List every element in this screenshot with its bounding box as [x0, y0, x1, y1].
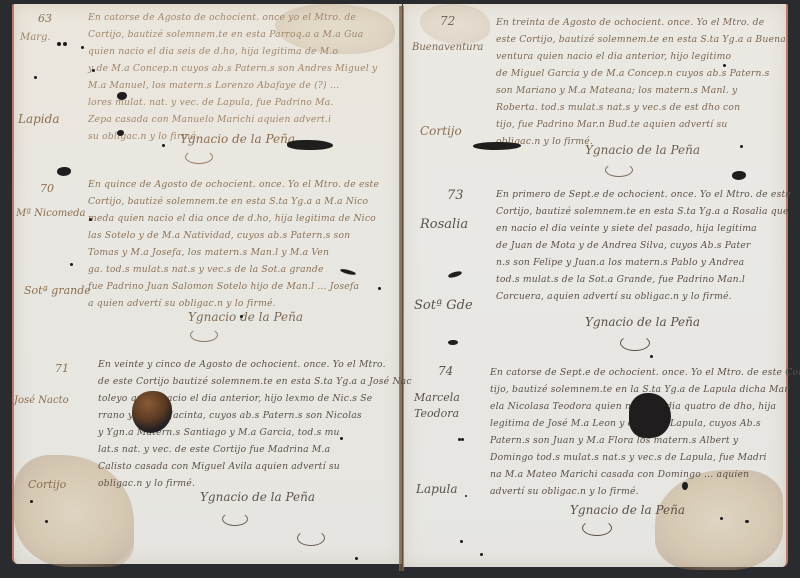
speck: [650, 355, 653, 358]
margin-caste: Cortijo: [420, 124, 462, 138]
speck: [240, 315, 243, 318]
speck: [162, 144, 165, 147]
margin-caste: Lapida: [18, 112, 59, 126]
signature: Ygnacio de la Peña: [188, 310, 303, 324]
speck: [57, 42, 61, 46]
margin-caste: Cortijo: [28, 478, 66, 491]
speck: [63, 42, 67, 46]
entry-number: 70: [40, 182, 54, 195]
margin-name: José Nacto: [14, 395, 69, 406]
margin-name: Rosalia: [420, 217, 468, 232]
speck: [720, 517, 723, 520]
margin-name: Buenaventura: [412, 42, 483, 53]
margin-name: Mª Nicomeda: [16, 208, 86, 219]
speck: [30, 500, 33, 503]
entry-number: 72: [440, 14, 455, 28]
ink-blot: [287, 140, 333, 150]
speck: [740, 145, 743, 148]
speck: [480, 553, 483, 556]
speck: [465, 495, 467, 497]
entry-number: 74: [438, 364, 453, 378]
signature: Ygnacio de la Peña: [180, 132, 295, 146]
margin-name: Marcela Teodora: [414, 390, 484, 422]
signature-flourish: [190, 328, 218, 342]
entry-number: 73: [447, 188, 464, 203]
signature: Ygnacio de la Peña: [585, 143, 700, 157]
speck: [745, 520, 749, 523]
signature-flourish: [222, 512, 248, 526]
entry-number: 63: [38, 12, 52, 25]
signature-flourish: [620, 335, 650, 351]
speck: [355, 557, 358, 560]
speck: [723, 64, 726, 67]
signature-flourish: [185, 150, 213, 164]
entry-number: 71: [55, 362, 69, 375]
signature-flourish: [582, 520, 612, 536]
speck: [378, 287, 381, 290]
speck: [461, 438, 464, 441]
signature: Ygnacio de la Peña: [570, 503, 685, 517]
margin-caste: Sotª grande: [24, 284, 91, 297]
signature-flourish: [297, 530, 325, 546]
margin-name: Marg.: [20, 32, 51, 43]
baptism-entry: En primero de Sept.e de ochocient. once.…: [496, 186, 791, 305]
speck: [92, 69, 95, 72]
speck: [34, 76, 37, 79]
speck: [89, 218, 92, 221]
baptism-entry: En quince de Agosto de ochocient. once. …: [88, 176, 379, 312]
baptism-entry: En catorse de Agosto de ochocient. once …: [88, 9, 377, 145]
speck: [460, 540, 463, 543]
signature-flourish: [605, 163, 633, 177]
speck: [340, 437, 343, 440]
margin-caste: Sotª Gde: [414, 298, 473, 313]
speck: [70, 263, 73, 266]
speck: [45, 520, 48, 523]
baptism-entry: En treinta de Agosto de ochocient. once.…: [496, 14, 786, 150]
paper-hole: [629, 393, 671, 438]
speck: [81, 46, 84, 49]
manuscript-spread: 63 Marg. Lapida En catorse de Agosto de …: [0, 0, 800, 578]
signature: Ygnacio de la Peña: [585, 315, 700, 329]
margin-caste: Lapula: [416, 482, 458, 496]
signature: Ygnacio de la Peña: [200, 490, 315, 504]
